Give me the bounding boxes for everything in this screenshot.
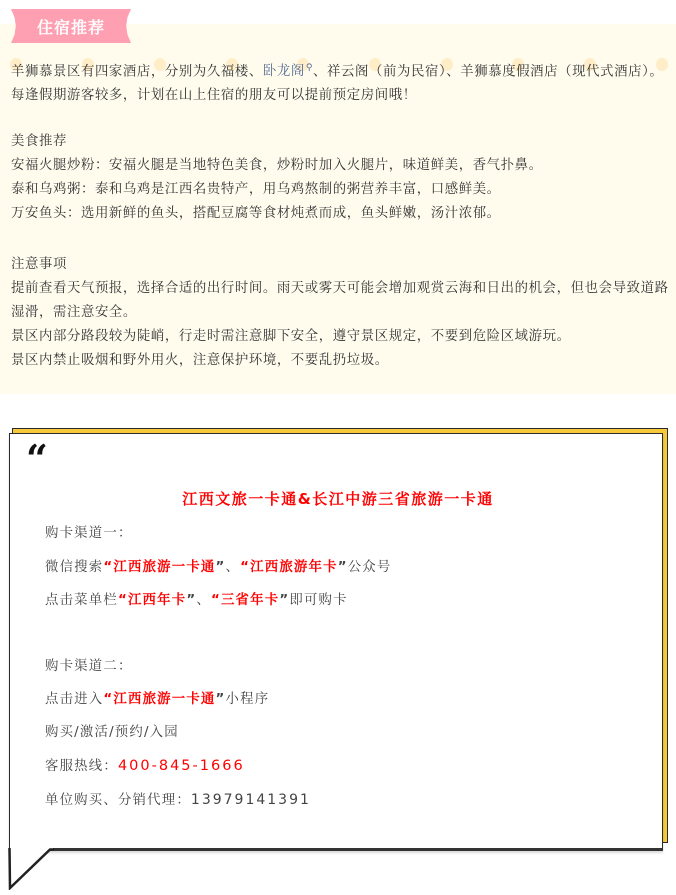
section-badge-lodging: 住宿推荐 [11,9,131,43]
quote-close: ” [279,593,289,608]
channel1-line1: 微信搜索“江西旅游一卡通”、“江西旅游年卡”公众号 [45,556,392,575]
agent-phone-number[interactable]: 13979141391 [191,792,311,808]
quote-open: “ [103,560,113,575]
hotline-line: 客服热线：400-845-1666 [45,755,245,774]
channel2-line2: 购买/激活/预约/入园 [45,721,179,740]
channel1-line2: 点击菜单栏“江西年卡”、“三省年卡”即可购卡 [45,589,348,608]
notes-item: 提前查看天气预报，选择合适的出行时间。雨天或雾天可能会增加观赏云海和日出的机会，… [11,277,671,325]
line-text: 即可购卡 [289,593,347,608]
quote-open: “ [240,560,250,575]
food-section: 美食推荐 安福火腿炒粉：安福火腿是当地特色美食，炒粉时加入火腿片，味道鲜美，香气… [11,130,671,226]
search-icon[interactable]: ⚲ [306,63,313,73]
speech-tail-icon [8,848,54,890]
intro-text: 羊狮慕景区有四家酒店，分别为久福楼、 [11,64,263,79]
quote-close: ” [216,560,226,575]
food-item: 万安鱼头：选用新鲜的鱼头，搭配豆腐等食材炖煮而成，鱼头鲜嫩，汤汁浓郁。 [11,202,671,226]
highlight-menu-name: 三省年卡 [221,593,279,608]
notes-item: 景区内部分路段较为陡峭，行走时需注意脚下安全，遵守景区规定，不要到危险区域游玩。 [11,325,671,349]
line-text: 公众号 [348,560,392,575]
hotel-link-wolongge[interactable]: 卧龙阁⚲ [263,64,313,79]
quote-open: “ [211,593,221,608]
notes-section: 注意事项 提前查看天气预报，选择合适的出行时间。雨天或雾天可能会增加观赏云海和日… [11,253,671,373]
separator: 、 [196,593,211,608]
line-text: 小程序 [226,692,270,707]
line-text: 微信搜索 [45,560,103,575]
quote-open: “ [118,593,128,608]
badge-label: 住宿推荐 [37,15,105,38]
separator: 、 [226,560,241,575]
agent-line: 单位购买、分销代理：13979141391 [45,789,311,808]
quote-close: ” [216,692,226,707]
line-text: 点击进入 [45,692,103,707]
food-item: 泰和乌鸡粥：泰和乌鸡是江西名贵特产，用乌鸡熬制的粥营养丰富，口感鲜美。 [11,178,671,202]
channel2-heading: 购卡渠道二： [45,655,133,674]
line-text: 点击菜单栏 [45,593,118,608]
hotel-link-label[interactable]: 卧龙阁 [263,64,305,79]
notes-item: 景区内禁止吸烟和野外用火，注意保护环境，不要乱扔垃圾。 [11,349,671,373]
highlight-menu-name: 江西年卡 [128,593,186,608]
lodging-intro: 羊狮慕景区有四家酒店，分别为久福楼、卧龙阁⚲、祥云阁（前为民宿）、羊狮慕度假酒店… [11,56,671,108]
highlight-account-name: 江西旅游一卡通 [113,560,215,575]
quote-close: ” [338,560,348,575]
food-item: 安福火腿炒粉：安福火腿是当地特色美食，炒粉时加入火腿片，味道鲜美，香气扑鼻。 [11,154,671,178]
channel1-heading: 购卡渠道一： [45,522,133,541]
notes-heading: 注意事项 [11,253,671,277]
quote-open-icon: “ [26,440,48,478]
hotline-number[interactable]: 400-845-1666 [118,758,245,774]
card-title: 江西文旅一卡通&长江中游三省旅游一卡通 [0,488,676,509]
highlight-miniprogram-name: 江西旅游一卡通 [113,692,215,707]
agent-label: 单位购买、分销代理： [45,793,191,808]
food-heading: 美食推荐 [11,130,671,154]
quote-open: “ [103,692,113,707]
channel2-line1: 点击进入“江西旅游一卡通”小程序 [45,688,269,707]
highlight-account-name: 江西旅游年卡 [250,560,338,575]
hotline-label: 客服热线： [45,759,118,774]
quote-close: ” [186,593,196,608]
